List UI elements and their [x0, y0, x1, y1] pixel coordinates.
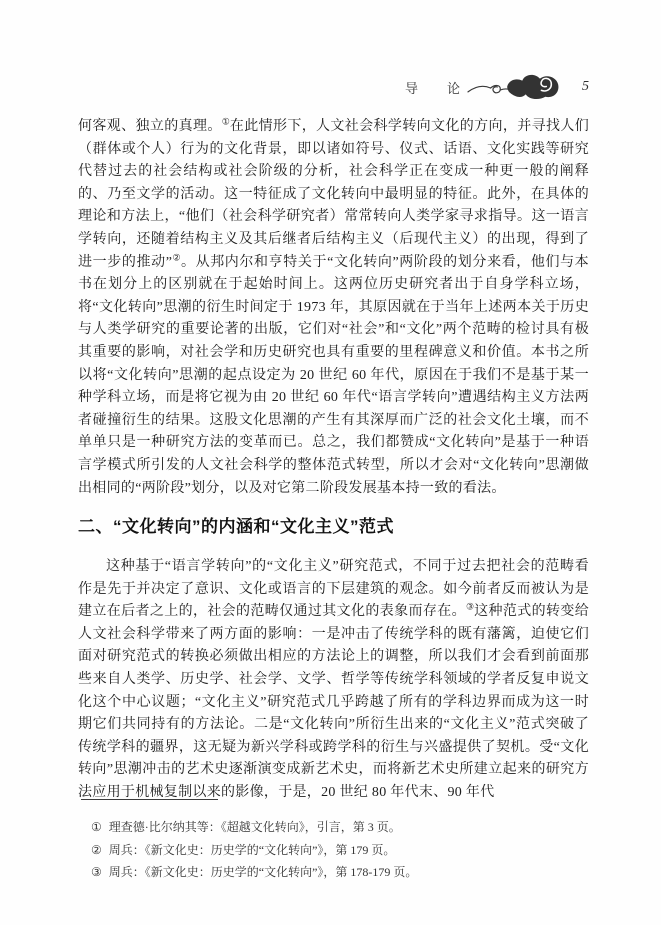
footnote-list: ①理查德·比尔纳其等：《超越文化转向》，引言，第 3 页。 ②周兵：《新文化史：…: [78, 816, 589, 884]
footnote-marker-3: ③: [91, 865, 102, 879]
page-number: 5: [575, 79, 589, 95]
footnote-item-2: ②周兵：《新文化史：历史学的“文化转向”》，第 179 页。: [91, 839, 589, 862]
running-title: 导 论: [405, 78, 461, 97]
section-heading: 二、“文化转向”的内涵和“文化主义”范式: [78, 512, 589, 537]
footnote-marker-2: ②: [91, 843, 102, 857]
paragraph1-text-1: 何客观、独立的真理。: [78, 119, 222, 134]
footnote-item-1: ①理查德·比尔纳其等：《超越文化转向》，引言，第 3 页。: [91, 816, 589, 839]
paragraph1-text-2: 在此情形下，人文社会科学转向文化的方向，并寻找人们（群体或个人）行为的文化背景，…: [78, 119, 589, 270]
body-text: 何客观、独立的真理。①在此情形下，人文社会科学转向文化的方向，并寻找人们（群体或…: [78, 116, 589, 805]
footnote-marker-1: ①: [91, 820, 102, 834]
footnote-text-1: 理查德·比尔纳其等：《超越文化转向》，引言，第 3 页。: [109, 820, 401, 834]
paragraph1-text-3: 。从邦内尔和亨特关于“文化转向”两阶段的划分来看，他们与本书在划分上的区别就在于…: [78, 255, 589, 496]
page-header: 导 论 5: [78, 72, 589, 102]
footnote-text-3: 周兵：《新文化史：历史学的“文化转向”》，第 178-179 页。: [109, 865, 418, 879]
cloud-scroll-ornament-icon: [467, 73, 561, 101]
footnote-ref-2: ②: [172, 252, 181, 262]
paragraph-2: 这种基于“语言学转向”的“文化主义”研究范式，不同于过去把社会的范畴看作是先于并…: [78, 556, 589, 805]
footnote-separator: [81, 799, 218, 800]
footnote-item-3: ③周兵：《新文化史：历史学的“文化转向”》，第 178-179 页。: [91, 861, 589, 884]
footnote-ref-3: ③: [466, 602, 474, 612]
footnote-text-2: 周兵：《新文化史：历史学的“文化转向”》，第 179 页。: [109, 843, 396, 857]
paragraph-continuation: 何客观、独立的真理。①在此情形下，人文社会科学转向文化的方向，并寻找人们（群体或…: [78, 116, 589, 500]
footnote-ref-1: ①: [222, 116, 230, 126]
book-page: 导 论 5 何客观、独立的真理。①在此情形下，人文社会科学转向文化的方向，并寻找…: [0, 0, 661, 925]
paragraph2-text-2: 这种范式的转变给人文社会科学带来了两方面的影响：一是冲击了传统学科的既有藩篱，迫…: [78, 604, 589, 800]
footnotes-section: ①理查德·比尔纳其等：《超越文化转向》，引言，第 3 页。 ②周兵：《新文化史：…: [78, 799, 589, 884]
